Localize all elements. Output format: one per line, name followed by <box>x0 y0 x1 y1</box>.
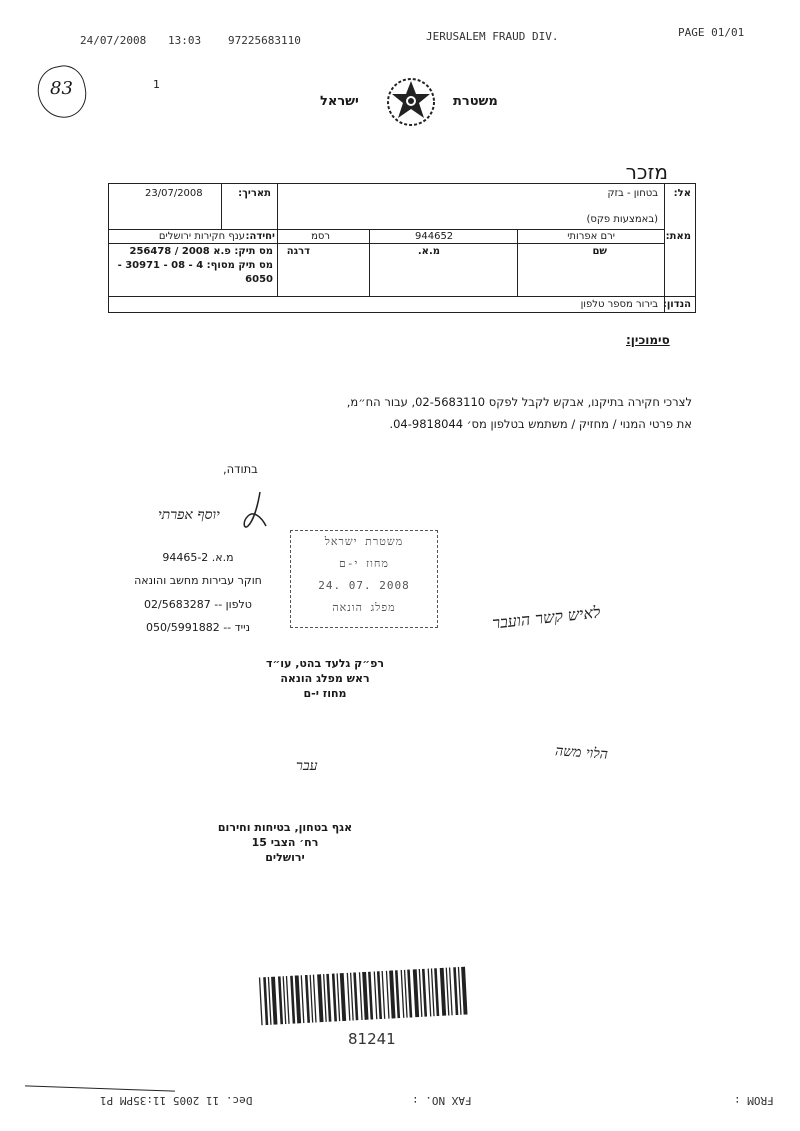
from-id: 944652 <box>415 231 453 242</box>
reference-label: סימוכין: <box>626 333 670 347</box>
body-text-line-1: לצרכי חקירה בתיקנו, אבקש לקבל לפקס 02-56… <box>347 395 692 409</box>
memo-header-table: אל: מאת: הנדון: בטחון - בזק (באמצעות פקס… <box>108 183 696 313</box>
stamp-line-2: מחוז י-ם <box>291 553 437 575</box>
stamp-line-4: מפלג הונאה <box>291 597 437 619</box>
received-stamp: משטרת ישראל מחוז י-ם 24. 07. 2008 מפלג ה… <box>290 530 438 628</box>
address-city: ירושלים <box>215 850 355 865</box>
body-text-line-2: את פרטי המנוי / מחזיק / משתמש בטלפון מס׳… <box>389 417 692 431</box>
inverted-fax-number: FAX NO. : <box>412 1094 472 1107</box>
handwritten-signature-name: יוסף אפרתי <box>158 507 220 524</box>
col-rank-label: דרגה <box>287 246 310 257</box>
handwritten-note-passed: עבר <box>296 758 318 775</box>
signature-scrawl-icon <box>240 490 270 532</box>
file-number: מס תיק: פ.א 2008 / 256478 <box>130 246 274 257</box>
inverted-fax-date: Dec. 11 2005 11:35PM P1 <box>100 1094 252 1107</box>
barcode-number: 81241 <box>348 1030 396 1048</box>
col-name-label: שם <box>592 246 607 257</box>
date-value: 23/07/2008 <box>145 188 203 199</box>
handwritten-note-forwarded: לאיש קשר הועבר <box>491 602 601 633</box>
stamp-date: 24. 07. 2008 <box>291 575 437 597</box>
unit-value: ענף חקירות ירושלים <box>159 231 245 242</box>
logo-text-police: משטרת <box>453 94 498 109</box>
closing-thanks: בתודה, <box>223 462 258 476</box>
fax-date: 24/07/2008 <box>80 34 146 47</box>
signer-phone: טלפון -- 02/5683287 <box>113 598 283 611</box>
col-id-label: מ.א. <box>418 246 440 257</box>
terminal-file-number-cont: 6050 <box>245 274 273 285</box>
signer-id: מ.א. 94465-2 <box>113 551 283 564</box>
to-label: אל: <box>674 188 691 199</box>
logo-text-israel: ישראל <box>320 94 359 109</box>
barcode-icon <box>257 967 469 1026</box>
circled-number: 83 <box>50 78 73 99</box>
fax-number: 97225683110 <box>228 34 301 47</box>
terminal-file-number: מס תיק מסוף: 4 - 08 - 30971 - <box>118 260 273 271</box>
approver-block: רפ״ק גלעד בהט, עו״ד ראש מפלג הונאה מחוז … <box>255 656 395 701</box>
memo-title: מזכר <box>626 160 668 184</box>
from-rank: רסמ <box>311 231 330 242</box>
recipient-address: אגף בטחון, בטיחות וחירום רח׳ הצבי 15 ירו… <box>215 820 355 865</box>
to-value: בטחון - בזק <box>607 188 658 199</box>
subject-value: בירור מספר טלפון <box>581 299 658 310</box>
date-label: תאריך: <box>238 188 271 199</box>
fax-time: 13:03 <box>168 34 201 47</box>
stamp-line-1: משטרת ישראל <box>291 531 437 553</box>
address-department: אגף בטחון, בטיחות וחירום <box>215 820 355 835</box>
subject-label: הנדון: <box>663 299 691 310</box>
fax-sender: JERUSALEM FRAUD DIV. <box>426 30 558 43</box>
signer-mobile: נייד -- 050/5991882 <box>113 621 283 634</box>
page-mark: 1 <box>153 78 160 91</box>
police-star-emblem-icon <box>385 76 437 128</box>
from-name: ירם אפרותי <box>567 231 615 242</box>
signer-role: חוקר עבירות מחשב והונאה <box>113 574 283 587</box>
fax-page: PAGE 01/01 <box>678 26 744 39</box>
to-via: (באמצעות פקס) <box>586 214 658 225</box>
approver-title: ראש מפלג הונאה <box>255 671 395 686</box>
pen-stroke <box>25 1085 175 1091</box>
inverted-fax-from: FROM : <box>734 1094 774 1107</box>
approver-name: רפ״ק גלעד בהט, עו״ד <box>255 656 395 671</box>
approver-district: מחוז י-ם <box>255 686 395 701</box>
handwritten-note-name: הלוי משה <box>554 743 608 764</box>
unit-label: יחידה: <box>245 231 275 242</box>
address-street: רח׳ הצבי 15 <box>215 835 355 850</box>
from-label: מאת: <box>666 231 691 242</box>
